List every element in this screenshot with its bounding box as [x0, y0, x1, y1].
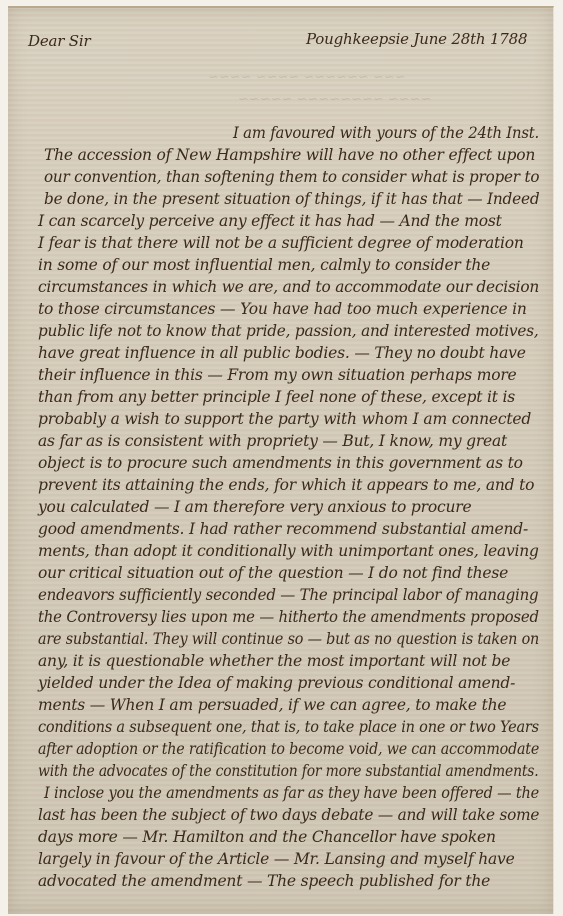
letter-line: their influence in this — From my own si… [38, 366, 517, 384]
letter-line: days more — Mr. Hamilton and the Chancel… [38, 828, 496, 846]
letter-line: advocated the amendment — The speech pub… [38, 872, 490, 890]
letter-line: largely in favour of the Article — Mr. L… [38, 850, 515, 868]
salutation: Dear Sir [28, 32, 90, 50]
letter-line: probably a wish to support the party wit… [38, 410, 531, 428]
letter-line: public life not to know that pride, pass… [38, 322, 538, 340]
letter-line: yielded under the Idea of making previou… [38, 674, 515, 692]
letter-line: after adoption or the ratification to be… [38, 740, 539, 758]
letter-line: our critical situation out of the questi… [38, 564, 508, 582]
letter-line: endeavors sufficiently seconded — The pr… [38, 586, 538, 604]
ink-bleed-through: ~~~~ ~~~~~~~~ ~~~~~ [238, 92, 431, 107]
letter-line: I am favoured with yours of the 24th Ins… [233, 124, 539, 142]
ink-bleed-through: ~~~ ~~~~~~ ~~~~ ~~~~ [208, 70, 406, 85]
letter-line: our convention, than softening them to c… [44, 168, 539, 186]
letter-page: ~~~ ~~~~~~ ~~~~ ~~~~ ~~~~ ~~~~~~~~ ~~~~~… [8, 6, 554, 914]
letter-line: any, it is questionable whether the most… [38, 652, 510, 670]
letter-line: have great influence in all public bodie… [38, 344, 526, 362]
letter-line: ments — When I am persuaded, if we can a… [38, 696, 506, 714]
letter-line: good amendments. I had rather recommend … [38, 520, 528, 538]
letter-line: you calculated — I am therefore very anx… [38, 498, 471, 516]
letter-line: the Controversy lies upon me — hitherto … [38, 608, 539, 626]
letter-line: to those circumstances — You have had to… [38, 300, 527, 318]
letter-line: in some of our most influential men, cal… [38, 256, 490, 274]
letter-line: with the advocates of the constitution f… [38, 762, 538, 780]
letter-line: than from any better principle I feel no… [38, 388, 515, 406]
letter-line: be done, in the present situation of thi… [44, 190, 539, 208]
letter-line: ments, than adopt it conditionally with … [38, 542, 539, 560]
letter-line: I fear is that there will not be a suffi… [38, 234, 524, 252]
dateline: Poughkeepsie June 28th 1788 [306, 30, 527, 48]
letter-line: as far as is consistent with propriety —… [38, 432, 507, 450]
letter-line: circumstances in which we are, and to ac… [38, 278, 539, 296]
letter-line: are substantial. They will continue so —… [38, 630, 539, 648]
letter-line: object is to procure such amendments in … [38, 454, 523, 472]
letter-line: I can scarcely perceive any effect it ha… [38, 212, 502, 230]
letter-line: The accession of New Hampshire will have… [44, 146, 535, 164]
letter-line: prevent its attaining the ends, for whic… [38, 476, 534, 494]
letter-line: conditions a subsequent one, that is, to… [38, 718, 539, 736]
letter-line: last has been the subject of two days de… [38, 806, 539, 824]
letter-line: I inclose you the amendments as far as t… [44, 784, 539, 802]
